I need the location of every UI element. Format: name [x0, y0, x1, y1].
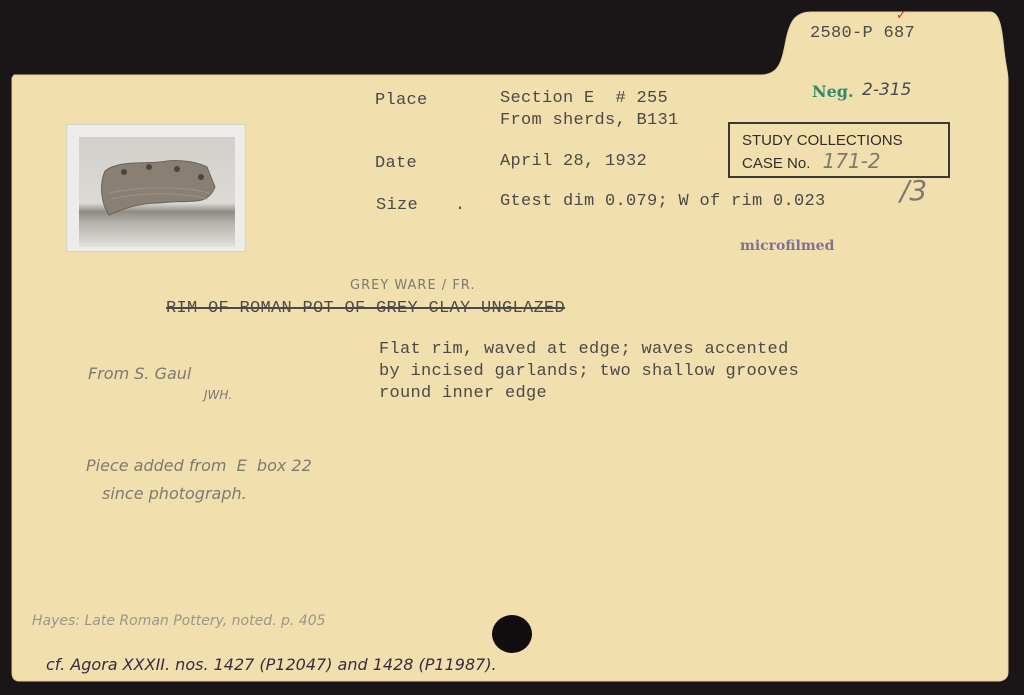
place-label: Place	[375, 91, 428, 110]
size-dot: .	[455, 196, 466, 215]
description-line-2: by incised garlands; two shallow grooves	[379, 362, 799, 381]
piece-added-line-2: since photograph.	[102, 484, 247, 503]
description-line-1: Flat rim, waved at edge; waves accented	[379, 340, 789, 359]
size-value: Gtest dim 0.079; W of rim 0.023	[500, 192, 826, 211]
piece-added-line-1: Piece added from E box 22	[86, 456, 312, 475]
date-label: Date	[375, 154, 417, 173]
study-collections-stamp: STUDY COLLECTIONS CASE No. 171-2	[728, 122, 950, 178]
description-line-3: round inner edge	[379, 384, 547, 403]
agora-reference: cf. Agora XXXII. nos. 1427 (P12047) and …	[46, 655, 497, 674]
case-number: 171-2	[823, 149, 881, 173]
pottery-sherd-icon	[79, 137, 235, 247]
date-value: April 28, 1932	[500, 152, 647, 171]
negative-label: Neg.	[812, 82, 854, 101]
punch-hole	[492, 615, 532, 653]
title-correction: GREY WARE / FR.	[350, 278, 476, 293]
stamp-line-1: STUDY COLLECTIONS	[742, 130, 948, 151]
initials-note: JWH.	[204, 388, 232, 402]
case-suffix: /3	[900, 174, 927, 207]
catalog-number: 2580-P 687	[810, 24, 915, 43]
origin-note: From S. Gaul	[88, 364, 191, 383]
place-line-2: From sherds, B131	[500, 111, 679, 130]
case-label: CASE No.	[742, 155, 810, 172]
size-label: Size	[376, 196, 418, 215]
microfilmed-stamp: microfilmed	[740, 238, 834, 254]
hayes-reference: Hayes: Late Roman Pottery, noted. p. 405	[32, 613, 326, 629]
catalog-card: 2580-P 687 ✓ Neg. 2-315 Place Section E …	[0, 0, 1024, 695]
artifact-photo	[66, 124, 246, 252]
check-mark-icon: ✓	[896, 8, 907, 23]
struck-title: RIM OF ROMAN POT OF GREY CLAY UNGLAZED	[166, 299, 565, 318]
negative-number: 2-315	[862, 80, 911, 100]
place-line-1: Section E # 255	[500, 89, 668, 108]
